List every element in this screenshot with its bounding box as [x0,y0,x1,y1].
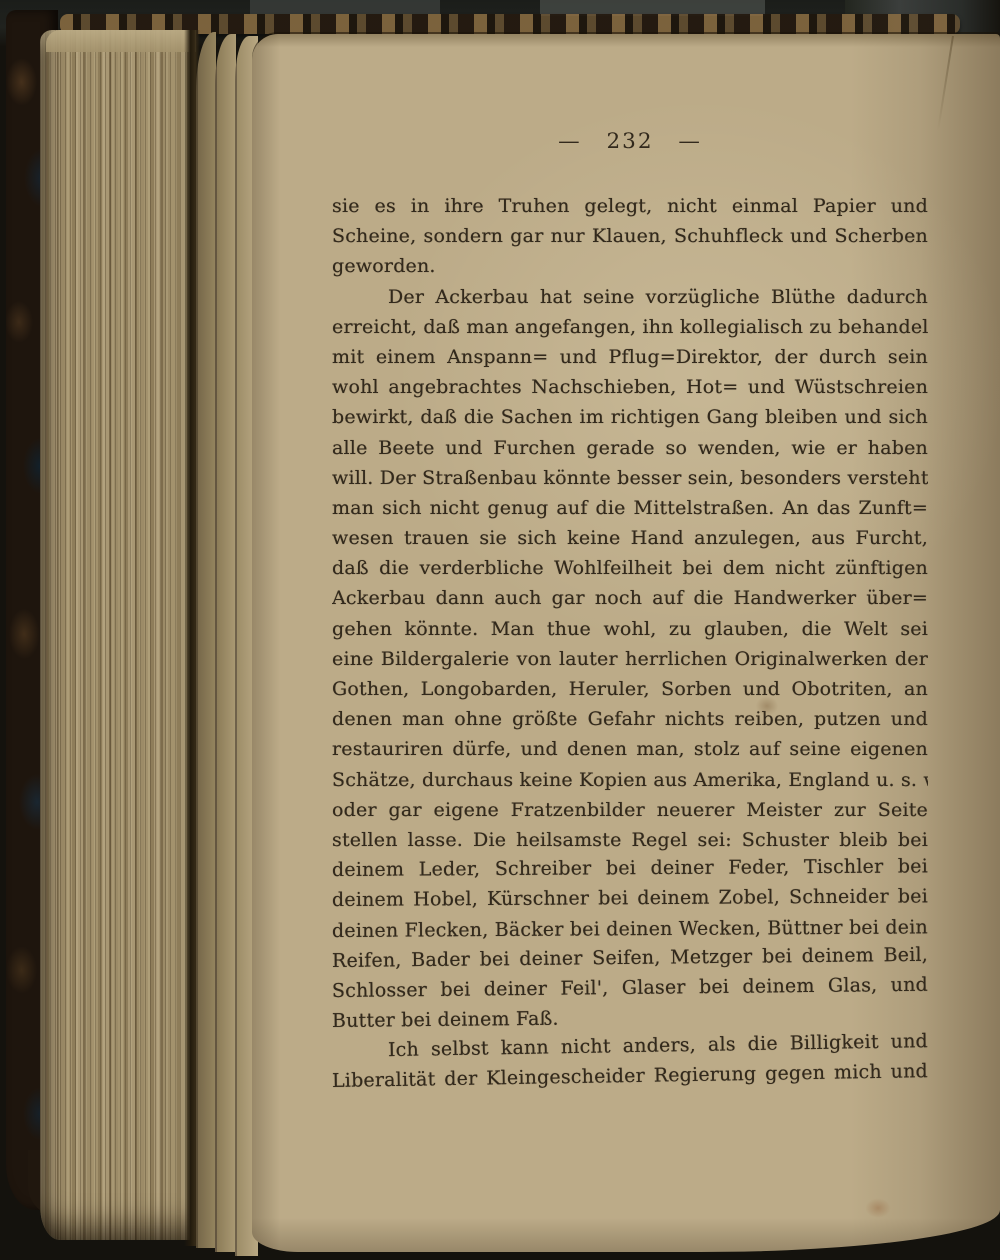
text-line: mit einem Anspann= und Pflug=Direktor, d… [332,342,928,372]
page-crease [937,36,954,131]
background-object [250,0,440,14]
text-line: eine Bildergalerie von lauter herrlichen… [332,644,928,674]
page-stack-top-edge [46,30,196,52]
text-line: alle Beete und Furchen gerade so wenden,… [332,433,928,463]
text-line: sie es in ihre Truhen gelegt, nicht einm… [332,191,928,221]
text-line: restauriren dürfe, und denen man, stolz … [332,734,928,764]
text-line: erreicht, daß man angefangen, ihn kolleg… [332,312,928,342]
text-line: denen man ohne größte Gefahr nichts reib… [332,704,928,734]
text-line: Der Ackerbau hat seine vorzügliche Blüth… [332,282,928,312]
text-line: Gothen, Longobarden, Heruler, Sorben und… [332,674,928,704]
text-block: sie es in ihre Truhen gelegt, nicht einm… [332,191,928,1097]
text-line: geworden. [332,251,928,281]
page-number: — 232 — [332,126,928,158]
text-line: gehen könnte. Man thue wohl, zu glauben,… [332,614,928,644]
text-line: Scheine, sondern gar nur Klauen, Schuhfl… [332,221,928,251]
curled-page-edges [196,32,258,1254]
text-line: Schätze, durchaus keine Kopien aus Ameri… [332,765,928,795]
text-line: bewirkt, daß die Sachen im richtigen Gan… [332,402,928,432]
curled-page-edge [215,34,236,1252]
curled-page-edge [196,32,216,1248]
text-line: will. Der Straßenbau könnte besser sein,… [332,463,928,493]
page-stack-fore-edge [40,30,190,1240]
book-page: — 232 — sie es in ihre Truhen gelegt, ni… [252,34,1000,1252]
text-line: stellen lasse. Die heilsamste Regel sei:… [332,825,928,855]
book-scan-scene: — 232 — sie es in ihre Truhen gelegt, ni… [0,0,1000,1260]
text-line: oder gar eigene Fratzenbilder neuerer Me… [332,795,928,825]
text-line: Ackerbau dann auch gar noch auf die Hand… [332,583,928,613]
text-line: daß die verderbliche Wohlfeilheit bei de… [332,553,928,583]
text-line: man sich nicht genug auf die Mittelstraß… [332,493,928,523]
text-line: wohl angebrachtes Nachschieben, Hot= und… [332,372,928,402]
text-line: deinem Leder, Schreiber bei deiner Feder… [332,851,928,885]
text-line: wesen trauen sie sich keine Hand anzuleg… [332,523,928,553]
text-line: deinem Hobel, Kürschner bei deinem Zobel… [332,882,928,916]
